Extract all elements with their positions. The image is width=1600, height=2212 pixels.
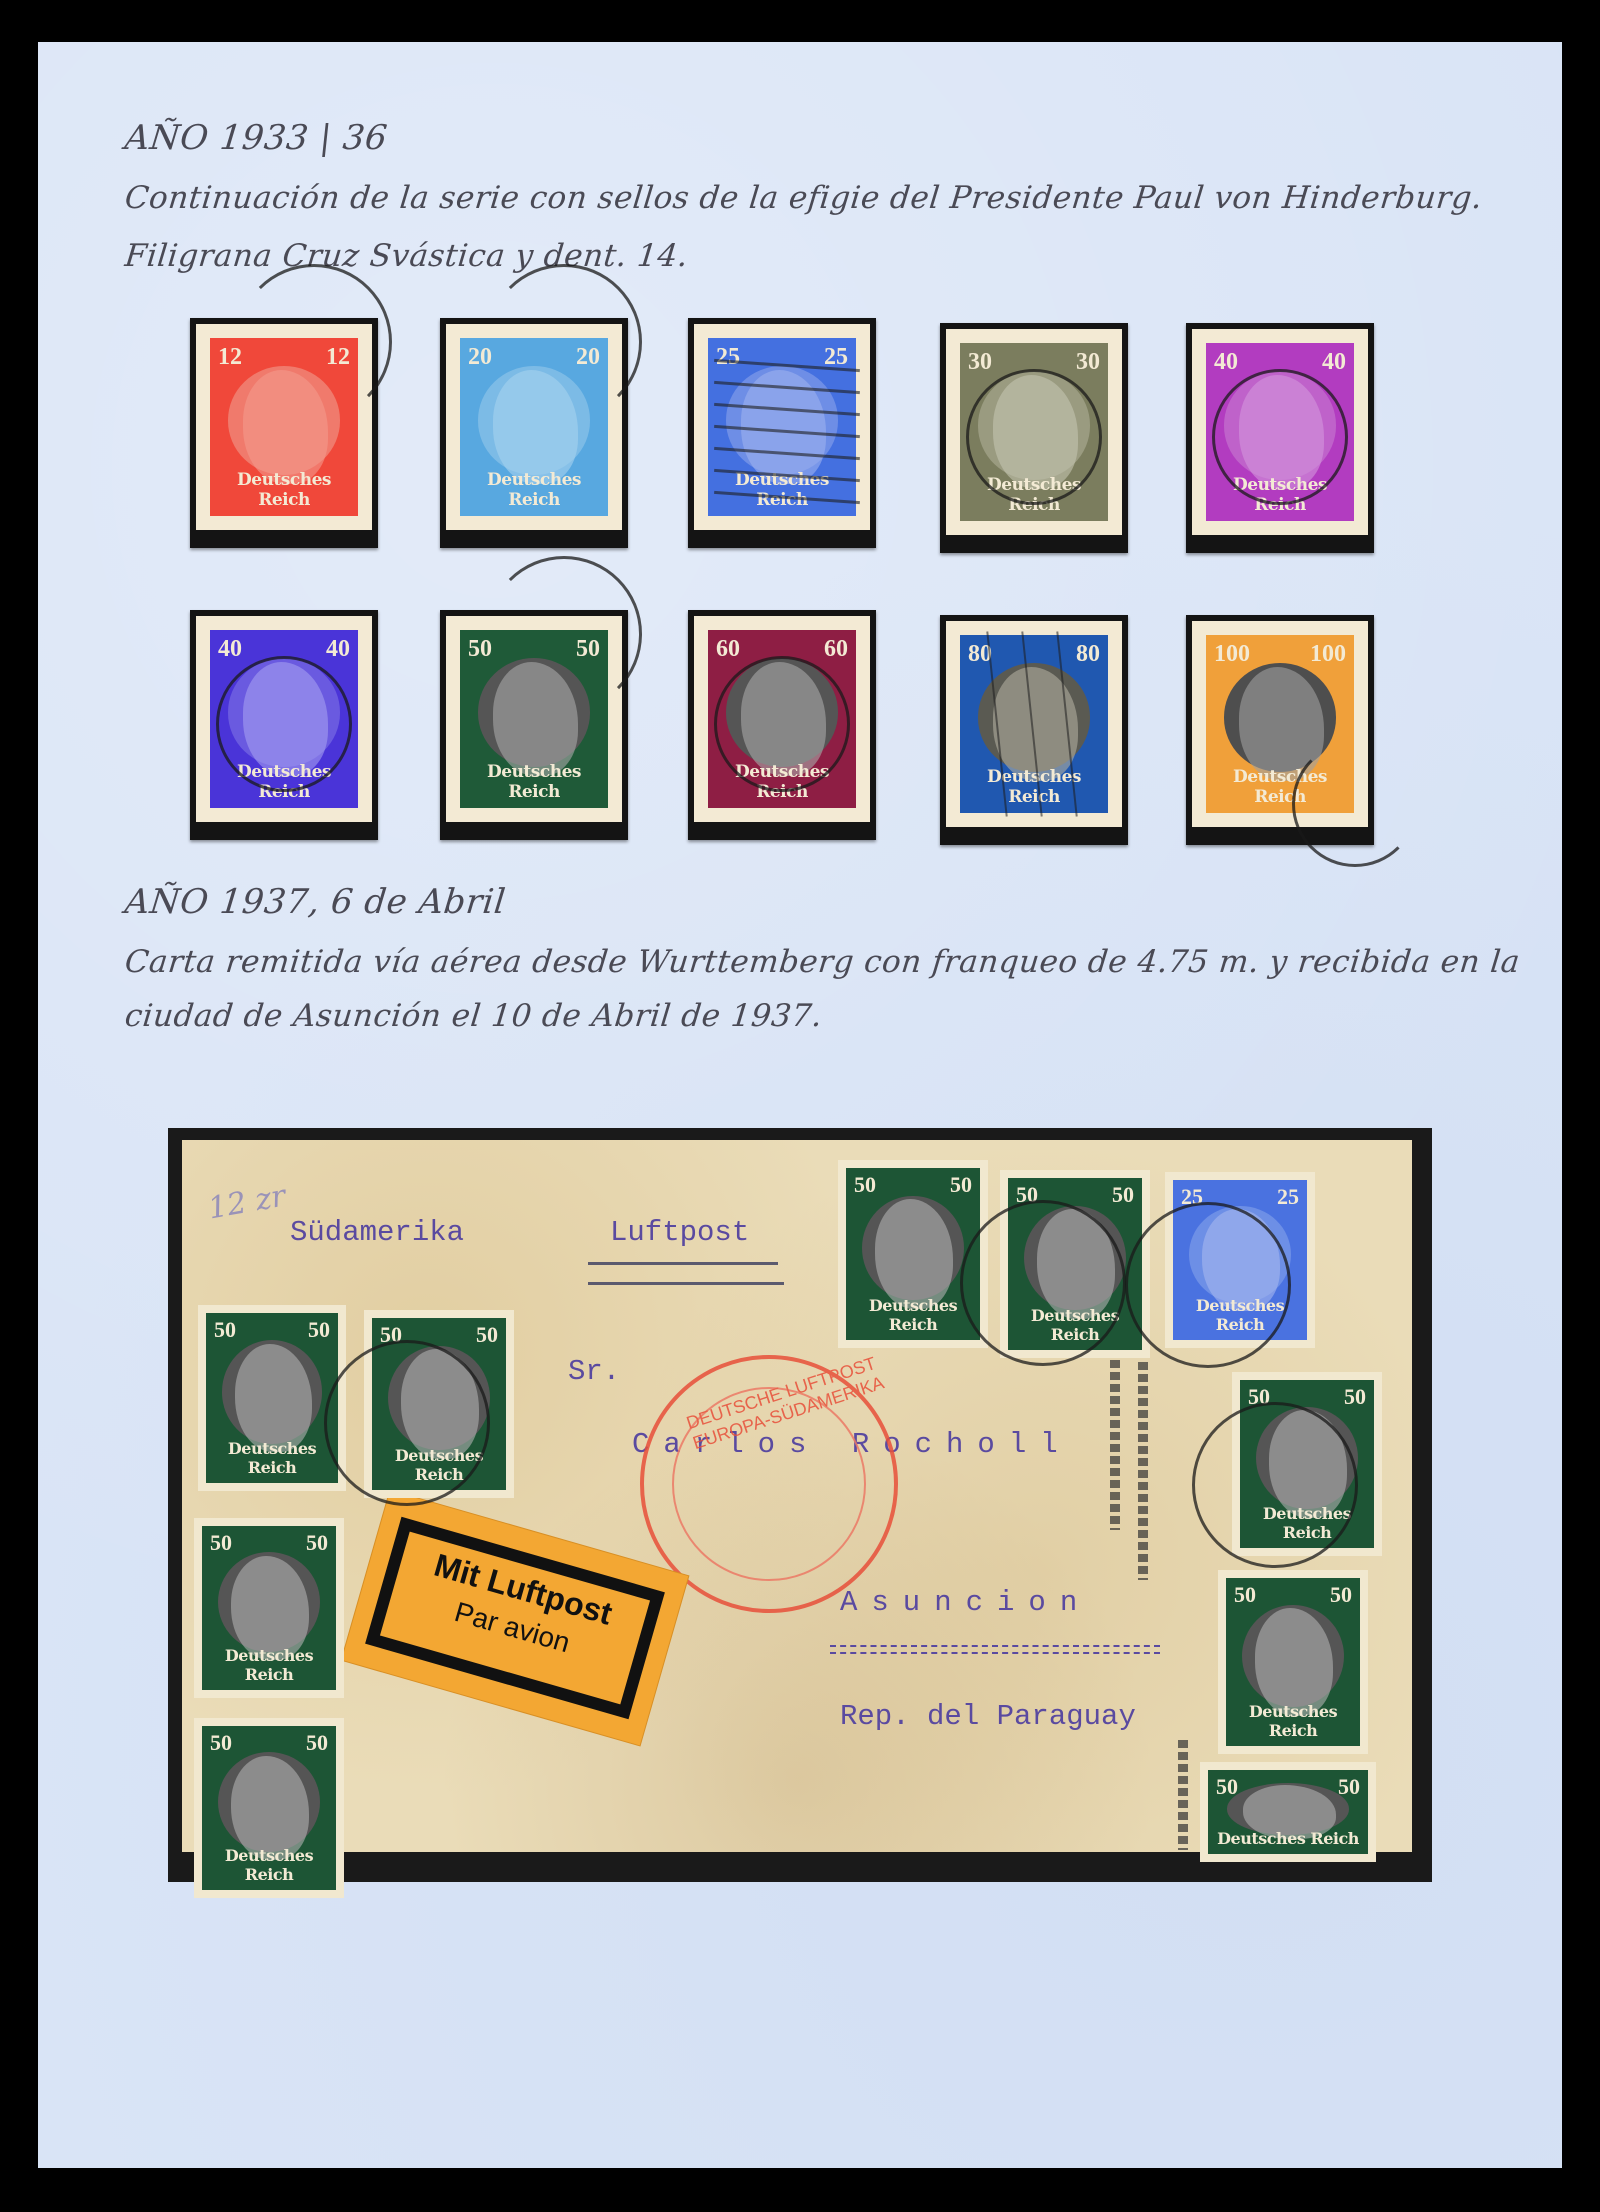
- stamp-value: 60: [824, 636, 848, 663]
- postmark: [486, 264, 642, 420]
- stamp-mount: 5050Deutsches Reich: [440, 610, 628, 840]
- stamp-mount: 2525Deutsches Reich: [688, 318, 876, 548]
- stamp-mount: 100100Deutsches Reich: [1186, 615, 1374, 845]
- machine-cancel: [1110, 1360, 1120, 1530]
- cover-stamp: 5050Deutsches Reich: [198, 1305, 346, 1491]
- stamp-value: 100: [1214, 641, 1250, 668]
- city-text: Asuncion: [840, 1586, 1091, 1619]
- stamp-value: 40: [1322, 349, 1346, 376]
- postmark: [1212, 369, 1348, 505]
- stamp: 2020Deutsches Reich: [446, 324, 622, 530]
- section1-description-line1: Continuación de la serie con sellos de l…: [123, 180, 1484, 216]
- cover-stamp: 5050Deutsches Reich: [1218, 1570, 1368, 1754]
- stamp-value: 50: [476, 1322, 498, 1348]
- service-text: Luftpost: [610, 1216, 749, 1249]
- stamp-inscription: Deutsches Reich: [202, 1846, 336, 1884]
- machine-cancel: [1138, 1350, 1148, 1580]
- stamp-value: 50: [1112, 1182, 1134, 1208]
- stamp-value: 100: [1310, 641, 1346, 668]
- postmark: [216, 656, 352, 792]
- stamp-value: 40: [1214, 349, 1238, 376]
- stamp-inscription: Deutsches Reich: [210, 470, 358, 510]
- cover-stamp: 5050Deutsches Reich: [1232, 1372, 1382, 1556]
- stamp-value: 50: [1234, 1582, 1256, 1608]
- stamp: 5050Deutsches Reich: [446, 616, 622, 822]
- stamp-inscription: Deutsches Reich: [460, 470, 608, 510]
- country-text: Rep. del Paraguay: [840, 1700, 1136, 1733]
- postmark: [1192, 1402, 1358, 1568]
- salutation-text: Sr.: [568, 1355, 620, 1388]
- stamp-mount: 2020Deutsches Reich: [440, 318, 628, 548]
- city-underline: [830, 1645, 1160, 1654]
- cover-stamp: 5050Deutsches Reich: [194, 1718, 344, 1898]
- stamp-inscription: Deutsches Reich: [202, 1646, 336, 1684]
- stamp-mount: 6060Deutsches Reich: [688, 610, 876, 840]
- postmark: [714, 656, 850, 792]
- route-text: Südamerika: [290, 1216, 464, 1249]
- stamp-inscription: Deutsches Reich: [1226, 1702, 1360, 1740]
- stamp-mount: 3030Deutsches Reich: [940, 323, 1128, 553]
- stamp-value: 50: [1338, 1774, 1360, 1800]
- stamp-mount: 1212Deutsches Reich: [190, 318, 378, 548]
- stamp: 2525Deutsches Reich: [694, 324, 870, 530]
- stamp-inscription: Deutsches Reich: [460, 762, 608, 802]
- stamp-value: 50: [950, 1172, 972, 1198]
- cover-stamp: 5050Deutsches Reich: [1200, 1762, 1376, 1862]
- postmark: [236, 264, 392, 420]
- stamp-value: 50: [854, 1172, 876, 1198]
- stamp-value: 40: [218, 636, 242, 663]
- stamp-value: 50: [210, 1730, 232, 1756]
- stamp: 8080Deutsches Reich: [946, 621, 1122, 827]
- postmark: [486, 556, 642, 712]
- postmark: [960, 1200, 1126, 1366]
- postmark: [324, 1340, 490, 1506]
- section2-description-line1: Carta remitida vía aérea desde Wurttembe…: [123, 944, 1522, 980]
- stamp-value: 60: [716, 636, 740, 663]
- stamp-value: 50: [210, 1530, 232, 1556]
- stamp-value: 50: [214, 1317, 236, 1343]
- stamp-value: 80: [1076, 641, 1100, 668]
- postmark: [1125, 1202, 1291, 1368]
- stamp: 100100Deutsches Reich: [1192, 621, 1368, 827]
- stamp-value: 25: [716, 344, 740, 371]
- stamp-value: 50: [1344, 1384, 1366, 1410]
- underline-1: [588, 1262, 778, 1265]
- stamp: 3030Deutsches Reich: [946, 329, 1122, 535]
- stamp: 6060Deutsches Reich: [694, 616, 870, 822]
- stamp: 4040Deutsches Reich: [1192, 329, 1368, 535]
- section1-description-line2: Filigrana Cruz Svástica y dent. 14.: [123, 238, 690, 274]
- postmark: [966, 369, 1102, 505]
- cover-stamp: 5050Deutsches Reich: [364, 1310, 514, 1498]
- section2-description-line2: ciudad de Asunción el 10 de Abril de 193…: [123, 998, 824, 1034]
- stamp-mount: 4040Deutsches Reich: [1186, 323, 1374, 553]
- stamp: 1212Deutsches Reich: [196, 324, 372, 530]
- underline-2: [588, 1282, 784, 1285]
- cover-stamp: 2525Deutsches Reich: [1165, 1172, 1315, 1348]
- stamp: 4040Deutsches Reich: [196, 616, 372, 822]
- stamp-value: 50: [306, 1730, 328, 1756]
- postmark: [1292, 741, 1418, 867]
- stamp-inscription: Deutsches Reich: [1208, 1829, 1368, 1848]
- stamp-value: 30: [1076, 349, 1100, 376]
- stamp-value: 50: [306, 1530, 328, 1556]
- stamp-value: 50: [1330, 1582, 1352, 1608]
- section2-heading: AÑO 1937, 6 de Abril: [123, 882, 508, 922]
- stamp-inscription: Deutsches Reich: [960, 767, 1108, 807]
- stamp-inscription: Deutsches Reich: [846, 1296, 980, 1334]
- stamp-mount: 8080Deutsches Reich: [940, 615, 1128, 845]
- stamp-inscription: Deutsches Reich: [206, 1439, 338, 1477]
- stamp-value: 25: [1277, 1184, 1299, 1210]
- stamp-value: 40: [326, 636, 350, 663]
- stamp-value: 50: [308, 1317, 330, 1343]
- stamp-mount: 4040Deutsches Reich: [190, 610, 378, 840]
- section1-heading: AÑO 1933 | 36: [123, 118, 390, 158]
- machine-cancel: [1178, 1740, 1188, 1850]
- stamp-value: 50: [1216, 1774, 1238, 1800]
- cover-stamp: 5050Deutsches Reich: [194, 1518, 344, 1698]
- stamp-value: 30: [968, 349, 992, 376]
